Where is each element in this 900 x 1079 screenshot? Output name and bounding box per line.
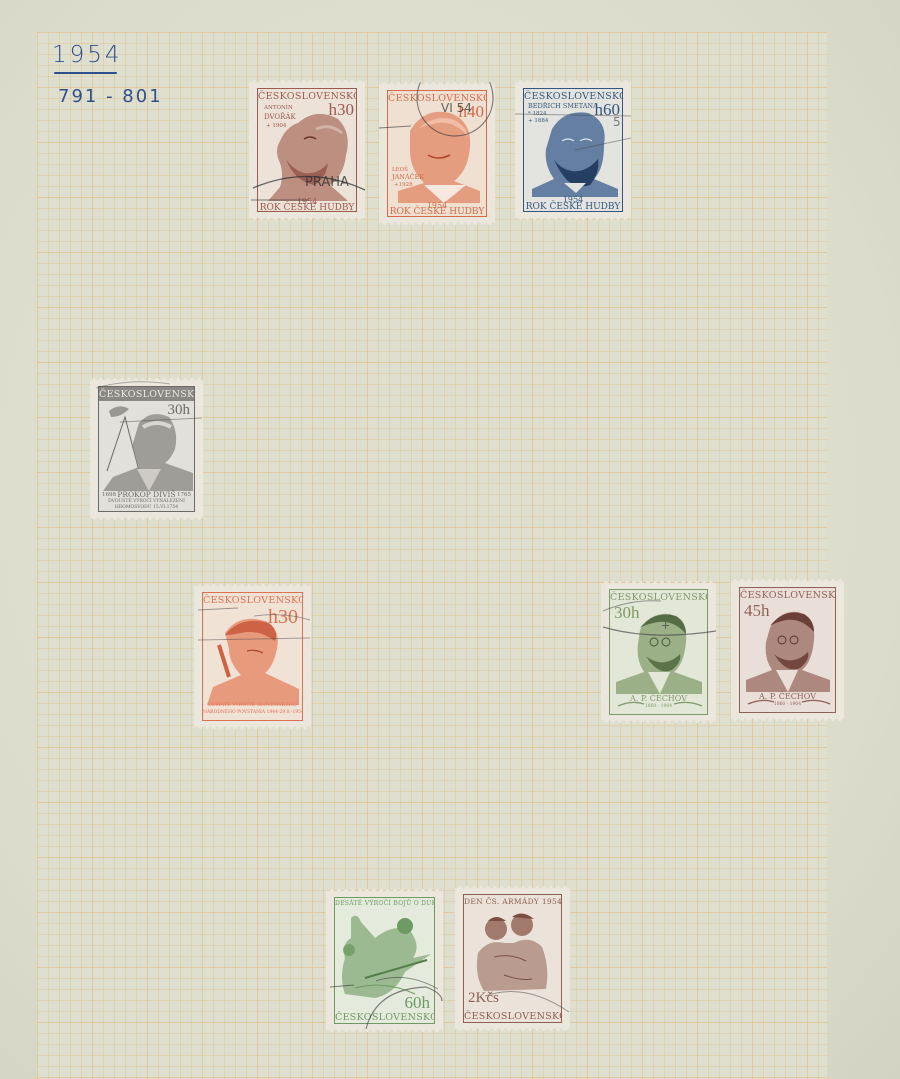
stamp-frame: DEN ČS. ARMÁDY 1954 2Kčs ČESKOSLOVENSKO bbox=[463, 894, 562, 1023]
stamp-death-year: 1765 bbox=[177, 492, 191, 499]
stamp-janacek[interactable]: ČESKOSLOVENSKO h40 LEOŠ JANÁČEK +1928 19… bbox=[379, 82, 495, 225]
stamp-frame: ČESKOSLOVENSKO h30 DESIATE VÝROČIE SLOVE… bbox=[202, 592, 303, 721]
stamp-frame: ČESKOSLOVENSKO h30 ANTONÍN DVOŘÁK + 1904… bbox=[257, 88, 357, 212]
stamp-value: 2Kčs bbox=[468, 991, 499, 1006]
stamp-birth-year: 1698 bbox=[102, 492, 116, 499]
handwritten-catalog-range: 791 - 801 bbox=[58, 86, 163, 107]
stamp-value: 30h bbox=[614, 604, 640, 621]
album-page: 1954 791 - 801 ČESKOSLOVENSKO h30 ANTONÍ… bbox=[0, 0, 900, 1079]
stamp-name-3: + 1884 bbox=[528, 118, 548, 125]
stamp-frame: DESÁTÉ VÝROČÍ BOJŮ O DUKLU 60h ČESKOSLOV… bbox=[334, 897, 435, 1024]
stamp-name-3: + 1904 bbox=[266, 123, 286, 130]
stamp-caption: ROK ČESKÉ HUDBY bbox=[524, 202, 622, 212]
stamp-caption: ROK ČESKÉ HUDBY bbox=[388, 207, 486, 217]
stamp-frame: ČESKOSLOVENSKO 30h PROKOP DIVIŠ 1698 176… bbox=[98, 386, 195, 512]
stamp-value: 60h bbox=[405, 994, 431, 1011]
stamp-years: 1860 - 1904 bbox=[740, 702, 835, 707]
stamp-name-3: +1928 bbox=[394, 182, 413, 189]
stamp-country: ČESKOSLOVENSKO bbox=[740, 590, 835, 601]
stamp-caption: DESÁTÉ VÝROČÍ BOJŮ O DUKLU bbox=[335, 900, 434, 907]
stamp-name: A. P. ČECHOV bbox=[740, 692, 835, 701]
stamp-caption-1: DESIATE VÝROČIE SLOVENSKÉHO bbox=[203, 703, 302, 708]
stamp-name-2: * 1824 bbox=[528, 111, 547, 118]
stamp-chekhov-30h[interactable]: ČESKOSLOVENSKO 30h A. P. ČECHOV 1860 - 1… bbox=[601, 581, 716, 723]
stamp-frame: ČESKOSLOVENSKO BEDŘICH SMETANA * 1824 + … bbox=[523, 88, 623, 212]
stamp-country: ČESKOSLOVENSKO bbox=[335, 1012, 434, 1023]
stamp-name-2: JANÁČEK bbox=[392, 174, 424, 182]
stamp-value: h60 bbox=[595, 101, 621, 118]
handwritten-underline bbox=[54, 72, 117, 74]
stamp-country: ČESKOSLOVENSKO bbox=[464, 1011, 561, 1022]
stamp-smetana[interactable]: ČESKOSLOVENSKO BEDŘICH SMETANA * 1824 + … bbox=[515, 80, 631, 220]
stamp-value: 30h bbox=[168, 403, 191, 418]
stamp-army-day[interactable]: DEN ČS. ARMÁDY 1954 2Kčs ČESKOSLOVENSKO bbox=[455, 886, 570, 1031]
stamp-country: ČESKOSLOVENSKO bbox=[203, 595, 302, 606]
stamp-caption: DEN ČS. ARMÁDY 1954 bbox=[464, 897, 561, 906]
stamp-country: ČESKOSLOVENSKO bbox=[610, 592, 707, 603]
stamp-name-1: ANTONÍN bbox=[264, 105, 293, 112]
stamp-chekhov-45h[interactable]: ČESKOSLOVENSKO 45h A. P. ČECHOV 1860 - 1… bbox=[731, 579, 844, 721]
stamp-prokop-divis[interactable]: ČESKOSLOVENSKO 30h PROKOP DIVIŠ 1698 176… bbox=[90, 378, 203, 520]
stamp-value: 45h bbox=[744, 602, 770, 619]
stamp-name-2: DVOŘÁK bbox=[264, 113, 296, 121]
stamp-frame: ČESKOSLOVENSKO 45h A. P. ČECHOV 1860 - 1… bbox=[739, 587, 836, 713]
stamp-name-1: BEDŘICH SMETANA bbox=[528, 103, 598, 111]
stamp-years: 1860 - 1904 bbox=[610, 704, 707, 709]
stamp-subcaption-1: DVOUSTÉ VÝROČÍ VYNALEZENÍ bbox=[99, 499, 194, 504]
stamp-slovak-uprising[interactable]: ČESKOSLOVENSKO h30 DESIATE VÝROČIE SLOVE… bbox=[194, 584, 311, 729]
handwritten-year: 1954 bbox=[52, 42, 123, 68]
stamp-name: A. P. ČECHOV bbox=[610, 694, 707, 703]
stamp-caption-2: NÁRODNÉHO POVSTANIA 1944-29.8.-1954 bbox=[203, 710, 302, 715]
stamp-frame: ČESKOSLOVENSKO 30h A. P. ČECHOV 1860 - 1… bbox=[609, 589, 708, 715]
stamp-dukla[interactable]: DESÁTÉ VÝROČÍ BOJŮ O DUKLU 60h ČESKOSLOV… bbox=[326, 889, 443, 1032]
stamp-frame: ČESKOSLOVENSKO h40 LEOŠ JANÁČEK +1928 19… bbox=[387, 90, 487, 217]
stamp-value: h30 bbox=[268, 607, 298, 627]
stamp-value: h30 bbox=[329, 101, 355, 118]
stamp-subcaption-2: HROMOSVODU 15.VI.1754 bbox=[99, 505, 194, 510]
stamp-value: h40 bbox=[459, 103, 485, 120]
stamp-dvorak[interactable]: ČESKOSLOVENSKO h30 ANTONÍN DVOŘÁK + 1904… bbox=[249, 80, 365, 220]
stamp-country: ČESKOSLOVENSKO bbox=[99, 389, 194, 400]
stamp-caption: ROK ČESKÉ HUDBY bbox=[258, 203, 356, 212]
